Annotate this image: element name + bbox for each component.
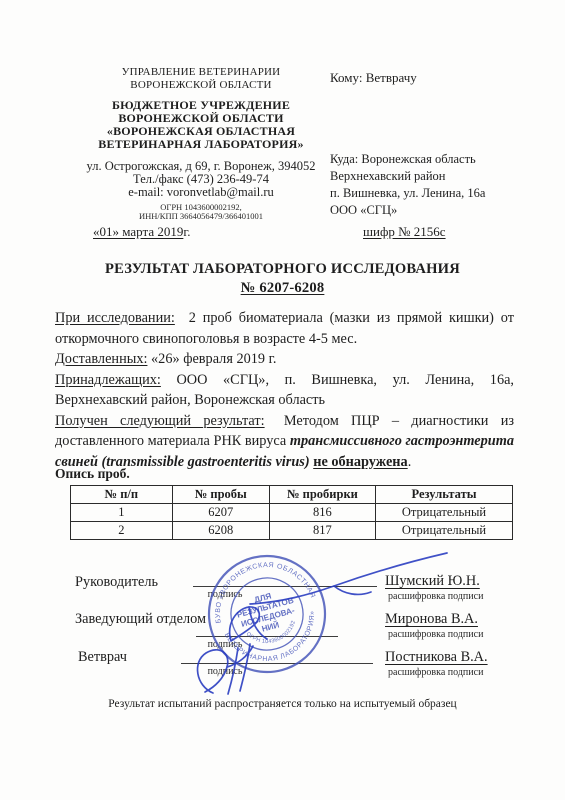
email-line: e-mail: voronvetlab@mail.ru [55,186,347,199]
document-date: «01» марта 2019г. [93,224,190,240]
stamp-center-line-3: ИССЛЕДОВА- [240,606,296,629]
paragraph-investigated-label: При исследовании: [55,310,175,326]
table-row: 1 6207 816 Отрицательный [71,504,513,522]
sign-caption: подпись [165,589,285,600]
title-number: № 6207-6208 [0,279,565,298]
sig-decipher: расшифровка подписи [388,667,483,678]
paragraph-delivered-label: Доставленных: [55,351,147,367]
sign-caption: подпись [165,639,285,650]
org-line-4: ВЕТЕРИНАРНАЯ ЛАБОРАТОРИЯ» [55,138,347,151]
table-caption: Опись проб. [55,466,130,482]
destination-line-3: п. Вишневка, ул. Ленина, 16а [330,185,485,202]
sig-name-head-of-department: Миронова В.А. [385,611,478,628]
sig-line-director [193,586,377,587]
paragraph-delivered: Доставленных: «26» февраля 2019 г. [55,349,514,370]
cell-sample: 6208 [172,522,269,540]
paragraph-result: Получен следующий результат: Методом ПЦР… [55,411,514,473]
samples-table: № п/п № пробы № пробирки Результаты 1 62… [70,485,513,540]
cell-tube: 817 [269,522,375,540]
organization-contacts: ул. Острогожская, д 69, г. Воронеж, 3940… [55,160,347,199]
cipher: шифр № 2156с [363,224,446,240]
title-line-1: РЕЗУЛЬТАТ ЛАБОРАТОРНОГО ИССЛЕДОВАНИЯ [0,260,565,279]
footer-note: Результат испытаний распространяется тол… [0,698,565,710]
cell-index: 1 [71,504,173,522]
inn-line: ИНН/КПП 3664056479/366401001 [55,212,347,221]
sig-role-director: Руководитель [75,574,158,591]
col-header-sample: № пробы [172,486,269,504]
cell-sample: 6207 [172,504,269,522]
signature-scribble-director-2 [334,586,371,594]
paragraph-result-conclusion: не обнаружена [313,454,407,470]
sig-role-head-of-department: Заведующий отделом [75,611,206,628]
authority-line-1: УПРАВЛЕНИЕ ВЕТЕРИНАРИИ [55,66,347,79]
table-row: 2 6208 817 Отрицательный [71,522,513,540]
stamp-center-line-4: НИЙ [260,618,280,633]
stamp-ring-top-text: БУВО «ВОРОНЕЖСКАЯ ОБЛАСТНАЯ [203,550,316,624]
destination-block: Куда: Воронежская область Верхнехавский … [330,151,485,219]
cipher-value: шифр № 2156с [363,224,446,239]
paragraph-owner: Принадлежащих: ООО «СГЦ», п. Вишневка, у… [55,370,514,411]
destination-line-2: Верхнехавский район [330,168,485,185]
col-header-results: Результаты [375,486,512,504]
paragraph-delivered-text: «26» февраля 2019 г. [151,351,276,367]
registration-numbers: ОГРН 1043600002192, ИНН/КПП 3664056479/3… [55,203,347,220]
sig-name-veterinarian: Постникова В.А. [385,649,488,666]
sender-block: УПРАВЛЕНИЕ ВЕТЕРИНАРИИ ВОРОНЕЖСКОЙ ОБЛАС… [55,66,347,220]
table-header-row: № п/п № пробы № пробирки Результаты [71,486,513,504]
destination-line-1: Куда: Воронежская область [330,151,485,168]
cell-result: Отрицательный [375,504,512,522]
recipient: Кому: Ветврачу [330,70,417,86]
paragraph-owner-label: Принадлежащих: [55,372,161,388]
findings: При исследовании: 2 проб биоматериала (м… [55,308,514,472]
signature-scribble-head-2 [249,607,267,639]
authority-name: УПРАВЛЕНИЕ ВЕТЕРИНАРИИ ВОРОНЕЖСКОЙ ОБЛАС… [55,66,347,92]
sig-line-head-of-department [196,636,338,637]
authority-line-2: ВОРОНЕЖСКОЙ ОБЛАСТИ [55,79,347,92]
sig-decipher: расшифровка подписи [388,591,483,602]
cell-index: 2 [71,522,173,540]
cell-result: Отрицательный [375,522,512,540]
date-suffix: г. [183,224,190,239]
sig-decipher: расшифровка подписи [388,629,483,640]
date-value: «01» марта 2019 [93,224,183,239]
sig-line-veterinarian [181,663,373,664]
col-header-tube: № пробирки [269,486,375,504]
organization-name: БЮДЖЕТНОЕ УЧРЕЖДЕНИЕ ВОРОНЕЖСКОЙ ОБЛАСТИ… [55,99,347,151]
document-title: РЕЗУЛЬТАТ ЛАБОРАТОРНОГО ИССЛЕДОВАНИЯ № 6… [0,260,565,298]
paragraph-investigated: При исследовании: 2 проб биоматериала (м… [55,308,514,349]
paragraph-result-label: Получен следующий результат: [55,413,265,429]
paragraph-result-period: . [408,454,412,470]
document-page: УПРАВЛЕНИЕ ВЕТЕРИНАРИИ ВОРОНЕЖСКОЙ ОБЛАС… [0,0,565,800]
sig-role-veterinarian: Ветврач [78,649,127,666]
destination-line-4: ООО «СГЦ» [330,202,485,219]
sign-caption: подпись [165,666,285,677]
sig-name-director: Шумский Ю.Н. [385,573,480,590]
cell-tube: 816 [269,504,375,522]
col-header-index: № п/п [71,486,173,504]
